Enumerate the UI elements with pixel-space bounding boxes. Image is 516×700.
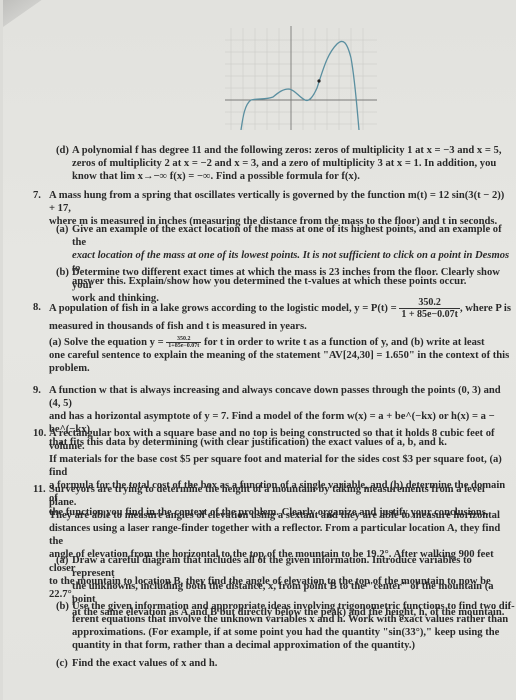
logistic-formula: 350.2 1 + 85e−0.07t	[399, 297, 460, 320]
graph-point	[317, 79, 320, 82]
problem-6d-line: know that lim x→−∞ f(x) = −∞. Find a pos…	[72, 170, 516, 183]
polynomial-curve	[241, 41, 359, 130]
worksheet-page: (d) A polynomial f has degree 11 and the…	[3, 0, 516, 700]
problem-8: 8. A population of fish in a lake grows …	[33, 297, 511, 375]
polynomial-graph	[217, 18, 379, 130]
problem-11c: (c) Find the exact values of x and h.	[56, 657, 516, 670]
problem-6d-line: zeros of multiplicity 2 at x = −2 and x …	[72, 157, 516, 170]
problem-6d-line: A polynomial f has degree 11 and the fol…	[72, 144, 516, 157]
problem-11b: (b) Use the given information and approp…	[56, 600, 516, 652]
page-fold-shadow	[3, 0, 45, 30]
problem-6d: (d) A polynomial f has degree 11 and the…	[56, 144, 516, 183]
